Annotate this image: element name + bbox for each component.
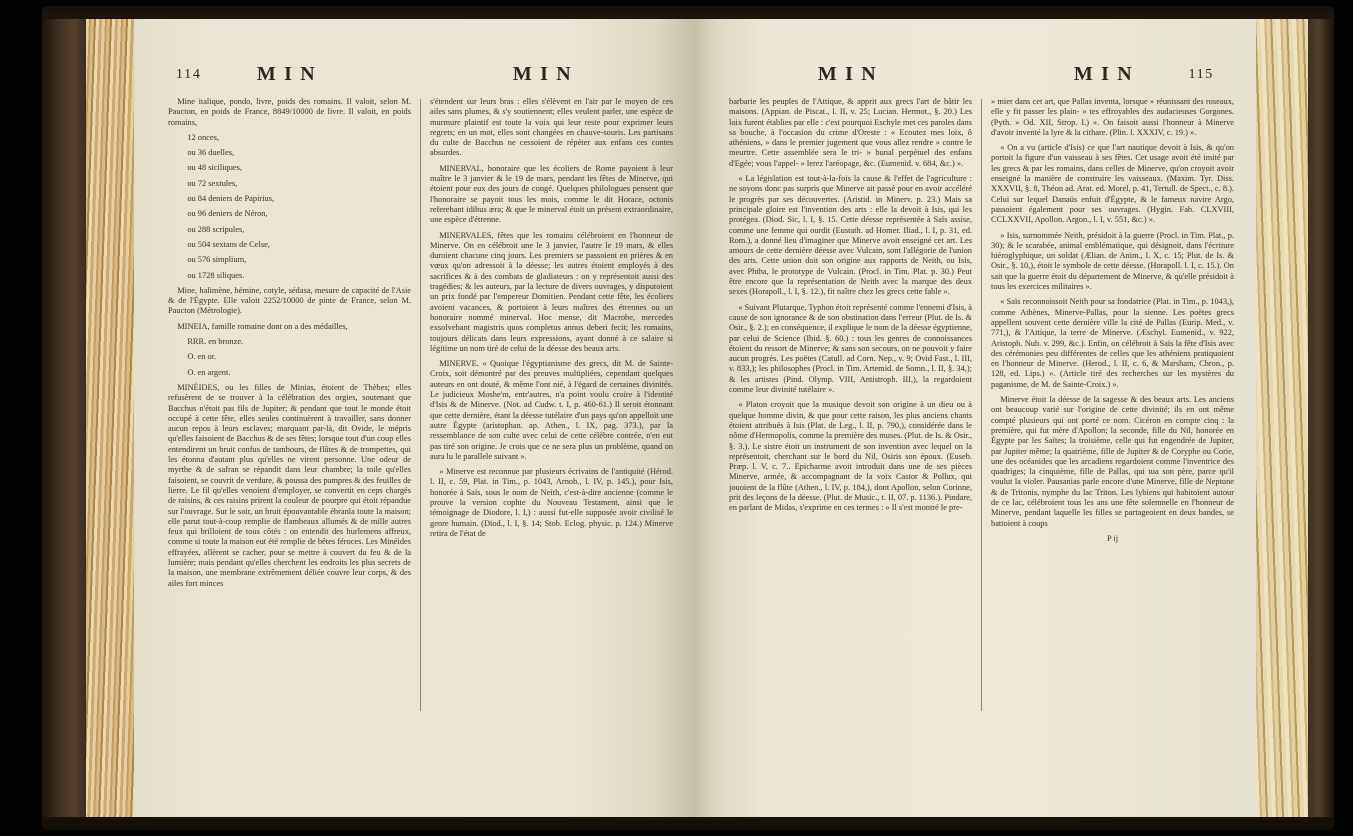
text-block: MINÉIDES, ou les filles de Minias, étoie…: [168, 383, 411, 589]
text-block: ou 84 deniers de Papirius,: [187, 194, 411, 204]
text-block: MINERVALES, fêtes que les romains célébr…: [430, 231, 673, 355]
running-head-min: MIN: [1074, 63, 1140, 86]
running-head-min: MIN: [513, 63, 579, 86]
left-page: 114 MIN MIN Mine italique, pondo, livre,…: [134, 19, 695, 817]
column-rule: [981, 99, 982, 711]
text-block: « Saïs reconnoissoit Neith pour sa fonda…: [991, 297, 1234, 390]
text-block: « Suivant Plutarque, Typhon étoit représ…: [729, 303, 972, 396]
text-block: RRR. en bronze.: [187, 337, 411, 347]
text-block: ou 504 sextans de Celse,: [187, 240, 411, 250]
page-number-right: 115: [1188, 67, 1214, 83]
text-block: « Platon croyoit que la musique devoit s…: [729, 400, 972, 513]
page-number-left: 114: [176, 67, 202, 83]
left-page-columns: Mine italique, pondo, livre, poids des r…: [168, 97, 673, 739]
book-cover-left: [42, 19, 86, 817]
text-block: s'étendent sur leurs bras : elles s'élèv…: [430, 97, 673, 159]
text-block: ou 288 scripules,: [187, 225, 411, 235]
text-block: Mine, halimène, hémine, cotyle, sédasa, …: [168, 286, 411, 317]
running-head-min: MIN: [257, 63, 323, 86]
text-block: » mier dans cet art, que Pallas inventa,…: [991, 97, 1234, 138]
right-page-column-1: barbarie les peuples de l'Attique, & app…: [729, 97, 972, 739]
right-page: MIN MIN 115 barbarie les peuples de l'At…: [695, 19, 1256, 817]
text-block: O. en or.: [187, 352, 411, 362]
right-page-header: MIN MIN 115: [695, 63, 1256, 89]
running-head-min: MIN: [818, 63, 884, 86]
open-book: 114 MIN MIN Mine italique, pondo, livre,…: [42, 6, 1334, 830]
text-block: O. en argent.: [187, 368, 411, 378]
book-cover-right: [1308, 19, 1334, 817]
text-block: barbarie les peuples de l'Attique, & app…: [729, 97, 972, 169]
left-page-column-1: Mine italique, pondo, livre, poids des r…: [168, 97, 411, 739]
text-block: P ij: [991, 534, 1234, 544]
text-block: Mine italique, pondo, livre, poids des r…: [168, 97, 411, 128]
text-block: « On a vu (article d'Isis) ce que l'art …: [991, 143, 1234, 225]
text-block: ou 576 simplium,: [187, 255, 411, 265]
text-block: 12 onces,: [187, 133, 411, 143]
right-page-column-2: » mier dans cet art, que Pallas inventa,…: [991, 97, 1234, 739]
text-block: » Isis, surnommée Neith, présidoit à la …: [991, 231, 1234, 293]
photo-background: 114 MIN MIN Mine italique, pondo, livre,…: [0, 0, 1353, 836]
text-block: MINERVAL, honoraire que les écoliers de …: [430, 164, 673, 226]
left-page-column-2: s'étendent sur leurs bras : elles s'élèv…: [430, 97, 673, 739]
text-block: MINERVE. « Quoique l'égyptianisme des gr…: [430, 359, 673, 462]
text-block: ou 1728 siliques.: [187, 271, 411, 281]
left-page-header: 114 MIN MIN: [134, 63, 695, 89]
text-block: ou 72 sextules,: [187, 179, 411, 189]
text-block: Minerve étoit la déesse de la sagesse & …: [991, 395, 1234, 529]
page-edges-right: [1256, 19, 1308, 817]
text-block: » Minerve est reconnue par plusieurs écr…: [430, 467, 673, 539]
text-block: « La législation est tout-à-la-fois la c…: [729, 174, 972, 298]
text-block: ou 96 deniers de Néron,: [187, 209, 411, 219]
text-block: MINEIA, famille romaine dont on a des mé…: [168, 322, 411, 332]
right-page-columns: barbarie les peuples de l'Attique, & app…: [729, 97, 1234, 739]
page-edges-left: [86, 19, 134, 817]
text-block: ou 48 siciliques,: [187, 163, 411, 173]
text-block: ou 36 duelles,: [187, 148, 411, 158]
column-rule: [420, 99, 421, 711]
